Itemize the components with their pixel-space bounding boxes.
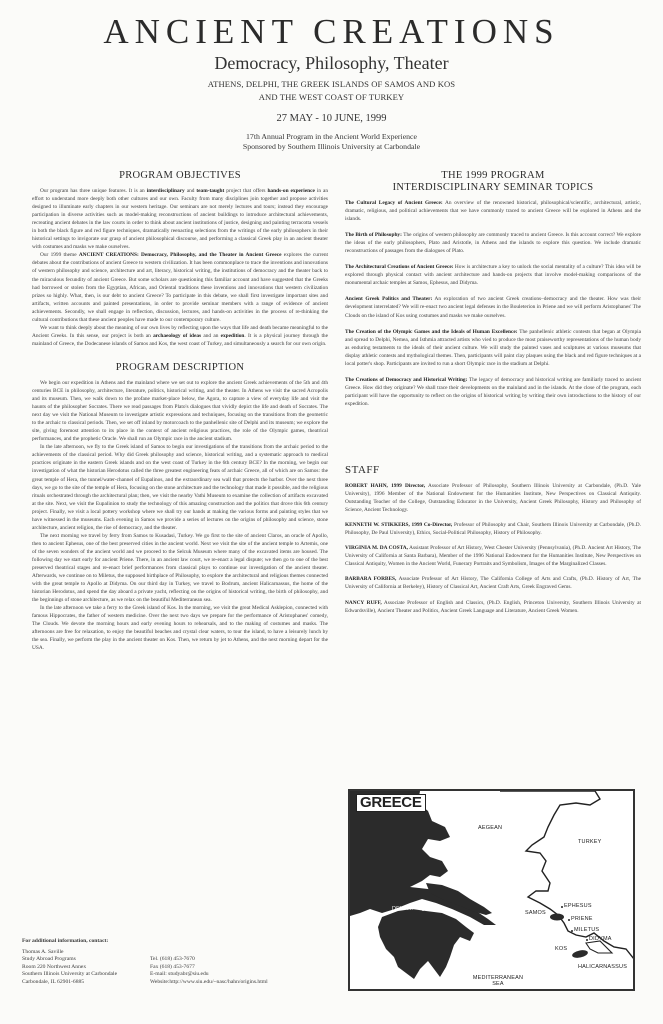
staff-name: BARBARA FORBES, [345, 576, 396, 582]
greece-map: GREECE AEGEAN TURKEY DELPHI SAMOS EPHESU… [348, 789, 635, 991]
places-line: ATHENS, DELPHI, THE GREEK ISLANDS OF SAM… [0, 78, 663, 104]
objectives-body: Our program has three unique features. I… [32, 187, 328, 348]
seminar-topics: The Cultural Legacy of Ancient Greece: A… [345, 199, 641, 408]
city-marker-icon [422, 909, 424, 911]
contact-phone: Tel. (618) 453-7670 [150, 956, 268, 964]
contact-website[interactable]: Website:http://www.siu.edu/~nasc/hahn/or… [150, 979, 268, 987]
seminar-topic: The Architectural Creations of Ancient G… [345, 263, 641, 287]
places-line-1: ATHENS, DELPHI, THE GREEK ISLANDS OF SAM… [0, 78, 663, 91]
contact-office: Study Abroad Programs [22, 956, 150, 964]
bold-text: expedition [221, 333, 245, 339]
left-column: PROGRAM OBJECTIVES Our program has three… [32, 170, 328, 653]
staff-name: ROBERT HAHN, 1999 Director, [345, 483, 425, 489]
contact-university: Southern Illinois University at Carbonda… [22, 971, 150, 979]
seminar-topic: The Cultural Legacy of Ancient Greece: A… [345, 199, 641, 223]
map-label-turkey: TURKEY [578, 839, 602, 845]
places-line-2: AND THE WEST COAST OF TURKEY [0, 91, 663, 104]
seminar-topic: The Birth of Philosophy: The origins of … [345, 231, 641, 255]
staff-heading: STAFF [345, 464, 641, 476]
map-label-samos: SAMOS [525, 910, 546, 916]
topic-title: The Creation of the Olympic Games and th… [345, 329, 518, 335]
map-label-ephesus: EPHESUS [564, 903, 592, 909]
staff-member: VIRGINIA M. DA COSTA, Assistant Professo… [345, 544, 641, 568]
contact-channels: Tel. (618) 453-7670 Fax (618) 453-7677 E… [150, 949, 268, 987]
seminar-topic: The Creations of Democracy and Historica… [345, 376, 641, 408]
program-dates: 27 MAY - 10 JUNE, 1999 [0, 112, 663, 125]
contact-fax: Fax (618) 453-7677 [150, 964, 268, 972]
staff-name: KENNETH W. STIKKERS, 1999 Co-Director, [345, 522, 452, 528]
description-paragraph: We begin our expedition in Athens and th… [32, 379, 328, 443]
bold-text: archaeology of ideas [153, 333, 201, 339]
topic-title: The Architectural Creations of Ancient G… [345, 264, 453, 270]
topic-title: The Cultural Legacy of Ancient Greece: [345, 200, 443, 206]
seminar-topic: Ancient Greek Politics and Theater: An e… [345, 295, 641, 319]
topic-title: Ancient Greek Politics and Theater: [345, 296, 432, 302]
text: Our 1999 theme [40, 252, 79, 258]
map-label-aegean: AEGEAN [478, 825, 502, 831]
contact-address: Thomas A. Saville Study Abroad Programs … [22, 949, 150, 987]
map-label-kos: KOS [555, 946, 567, 952]
topic-title: The Birth of Philosophy: [345, 232, 402, 238]
staff-member: NANCY RUFF, Associate Professor of Engli… [345, 599, 641, 615]
staff-member: KENNETH W. STIKKERS, 1999 Co-Director, P… [345, 521, 641, 537]
objectives-paragraph-1: Our program has three unique features. I… [32, 187, 328, 251]
sponsor-line-2: Sponsored by Southern Illinois Universit… [0, 142, 663, 152]
city-marker-icon [571, 930, 573, 932]
bold-text: ANCIENT CREATIONS: Democracy, Philosophy… [79, 252, 282, 258]
description-paragraph: In the late afternoon we take a ferry to… [32, 604, 328, 652]
contact-name: Thomas A. Saville [22, 949, 150, 957]
text: and an [201, 333, 221, 339]
text: in an effort to understand more deeply b… [32, 188, 328, 250]
bold-text: hands-on experience [267, 188, 314, 194]
map-label-miletus: MILETUS [574, 927, 599, 933]
map-label-didyma: DIDYMA [589, 936, 612, 942]
map-label-halicarnassus: HALICARNASSUS [578, 964, 627, 970]
map-title: GREECE [356, 794, 426, 812]
sea-label-line-2: SEA [468, 981, 528, 987]
staff-list: ROBERT HAHN, 1999 Director, Associate Pr… [345, 482, 641, 615]
description-paragraph: The next morning we travel by ferry from… [32, 532, 328, 604]
seminar-heading-line-1: THE 1999 PROGRAM [345, 170, 641, 182]
city-marker-icon [586, 939, 588, 941]
contact-room: Room 220 Northwest Annex [22, 964, 150, 972]
staff-name: VIRGINIA M. DA COSTA, [345, 545, 408, 551]
map-label-mediterranean-sea: MEDITERRANEAN SEA [468, 975, 528, 987]
staff-member: ROBERT HAHN, 1999 Director, Associate Pr… [345, 482, 641, 514]
contact-email[interactable]: E-mail: studyabr@siu.edu [150, 971, 268, 979]
description-body: We begin our expedition in Athens and th… [32, 379, 328, 653]
flyer-title: ANCIENT CREATIONS [0, 12, 663, 52]
description-heading: PROGRAM DESCRIPTION [32, 362, 328, 374]
objectives-heading: PROGRAM OBJECTIVES [32, 170, 328, 182]
contact-city: Carbondale, IL 62901-6885 [22, 979, 150, 987]
text: and [185, 188, 197, 194]
staff-bio: Associate Professor of English and Class… [345, 600, 641, 614]
right-column: THE 1999 PROGRAM INTERDISCIPLINARY SEMIN… [345, 170, 641, 622]
city-marker-icon [561, 906, 563, 908]
flyer-subtitle: Democracy, Philosophy, Theater [0, 52, 663, 74]
contact-block: For additional information, contact: Tho… [22, 938, 342, 987]
description-paragraph: In the late afternoon, we fly to the Gre… [32, 443, 328, 532]
contact-heading: For additional information, contact: [22, 938, 342, 946]
seminar-topic: The Creation of the Olympic Games and th… [345, 328, 641, 368]
map-label-priene: PRIENE [571, 916, 593, 922]
seminar-heading-line-2: INTERDISCIPLINARY SEMINAR TOPICS [345, 182, 641, 194]
objectives-paragraph-3: We want to think deeply about the meanin… [32, 324, 328, 348]
topic-title: The Creations of Democracy and Historica… [345, 377, 467, 383]
staff-name: NANCY RUFF, [345, 600, 382, 606]
map-label-delphi: DELPHI [392, 906, 413, 912]
map-landmass-graphic [350, 791, 635, 991]
bold-text: interdisciplinary [147, 188, 185, 194]
sponsor-info: 17th Annual Program in the Ancient World… [0, 132, 663, 152]
seminar-heading: THE 1999 PROGRAM INTERDISCIPLINARY SEMIN… [345, 170, 641, 194]
bold-text: team-taught [196, 188, 224, 194]
flyer-header: ANCIENT CREATIONS Democracy, Philosophy,… [0, 12, 663, 152]
text: explores the current debates about the c… [32, 252, 328, 322]
sponsor-line-1: 17th Annual Program in the Ancient World… [0, 132, 663, 142]
text: project that offers [224, 188, 267, 194]
objectives-paragraph-2: Our 1999 theme ANCIENT CREATIONS: Democr… [32, 251, 328, 323]
staff-member: BARBARA FORBES, Associate Professor of A… [345, 575, 641, 591]
city-marker-icon [568, 919, 570, 921]
text: Our program has three unique features. I… [40, 188, 147, 194]
